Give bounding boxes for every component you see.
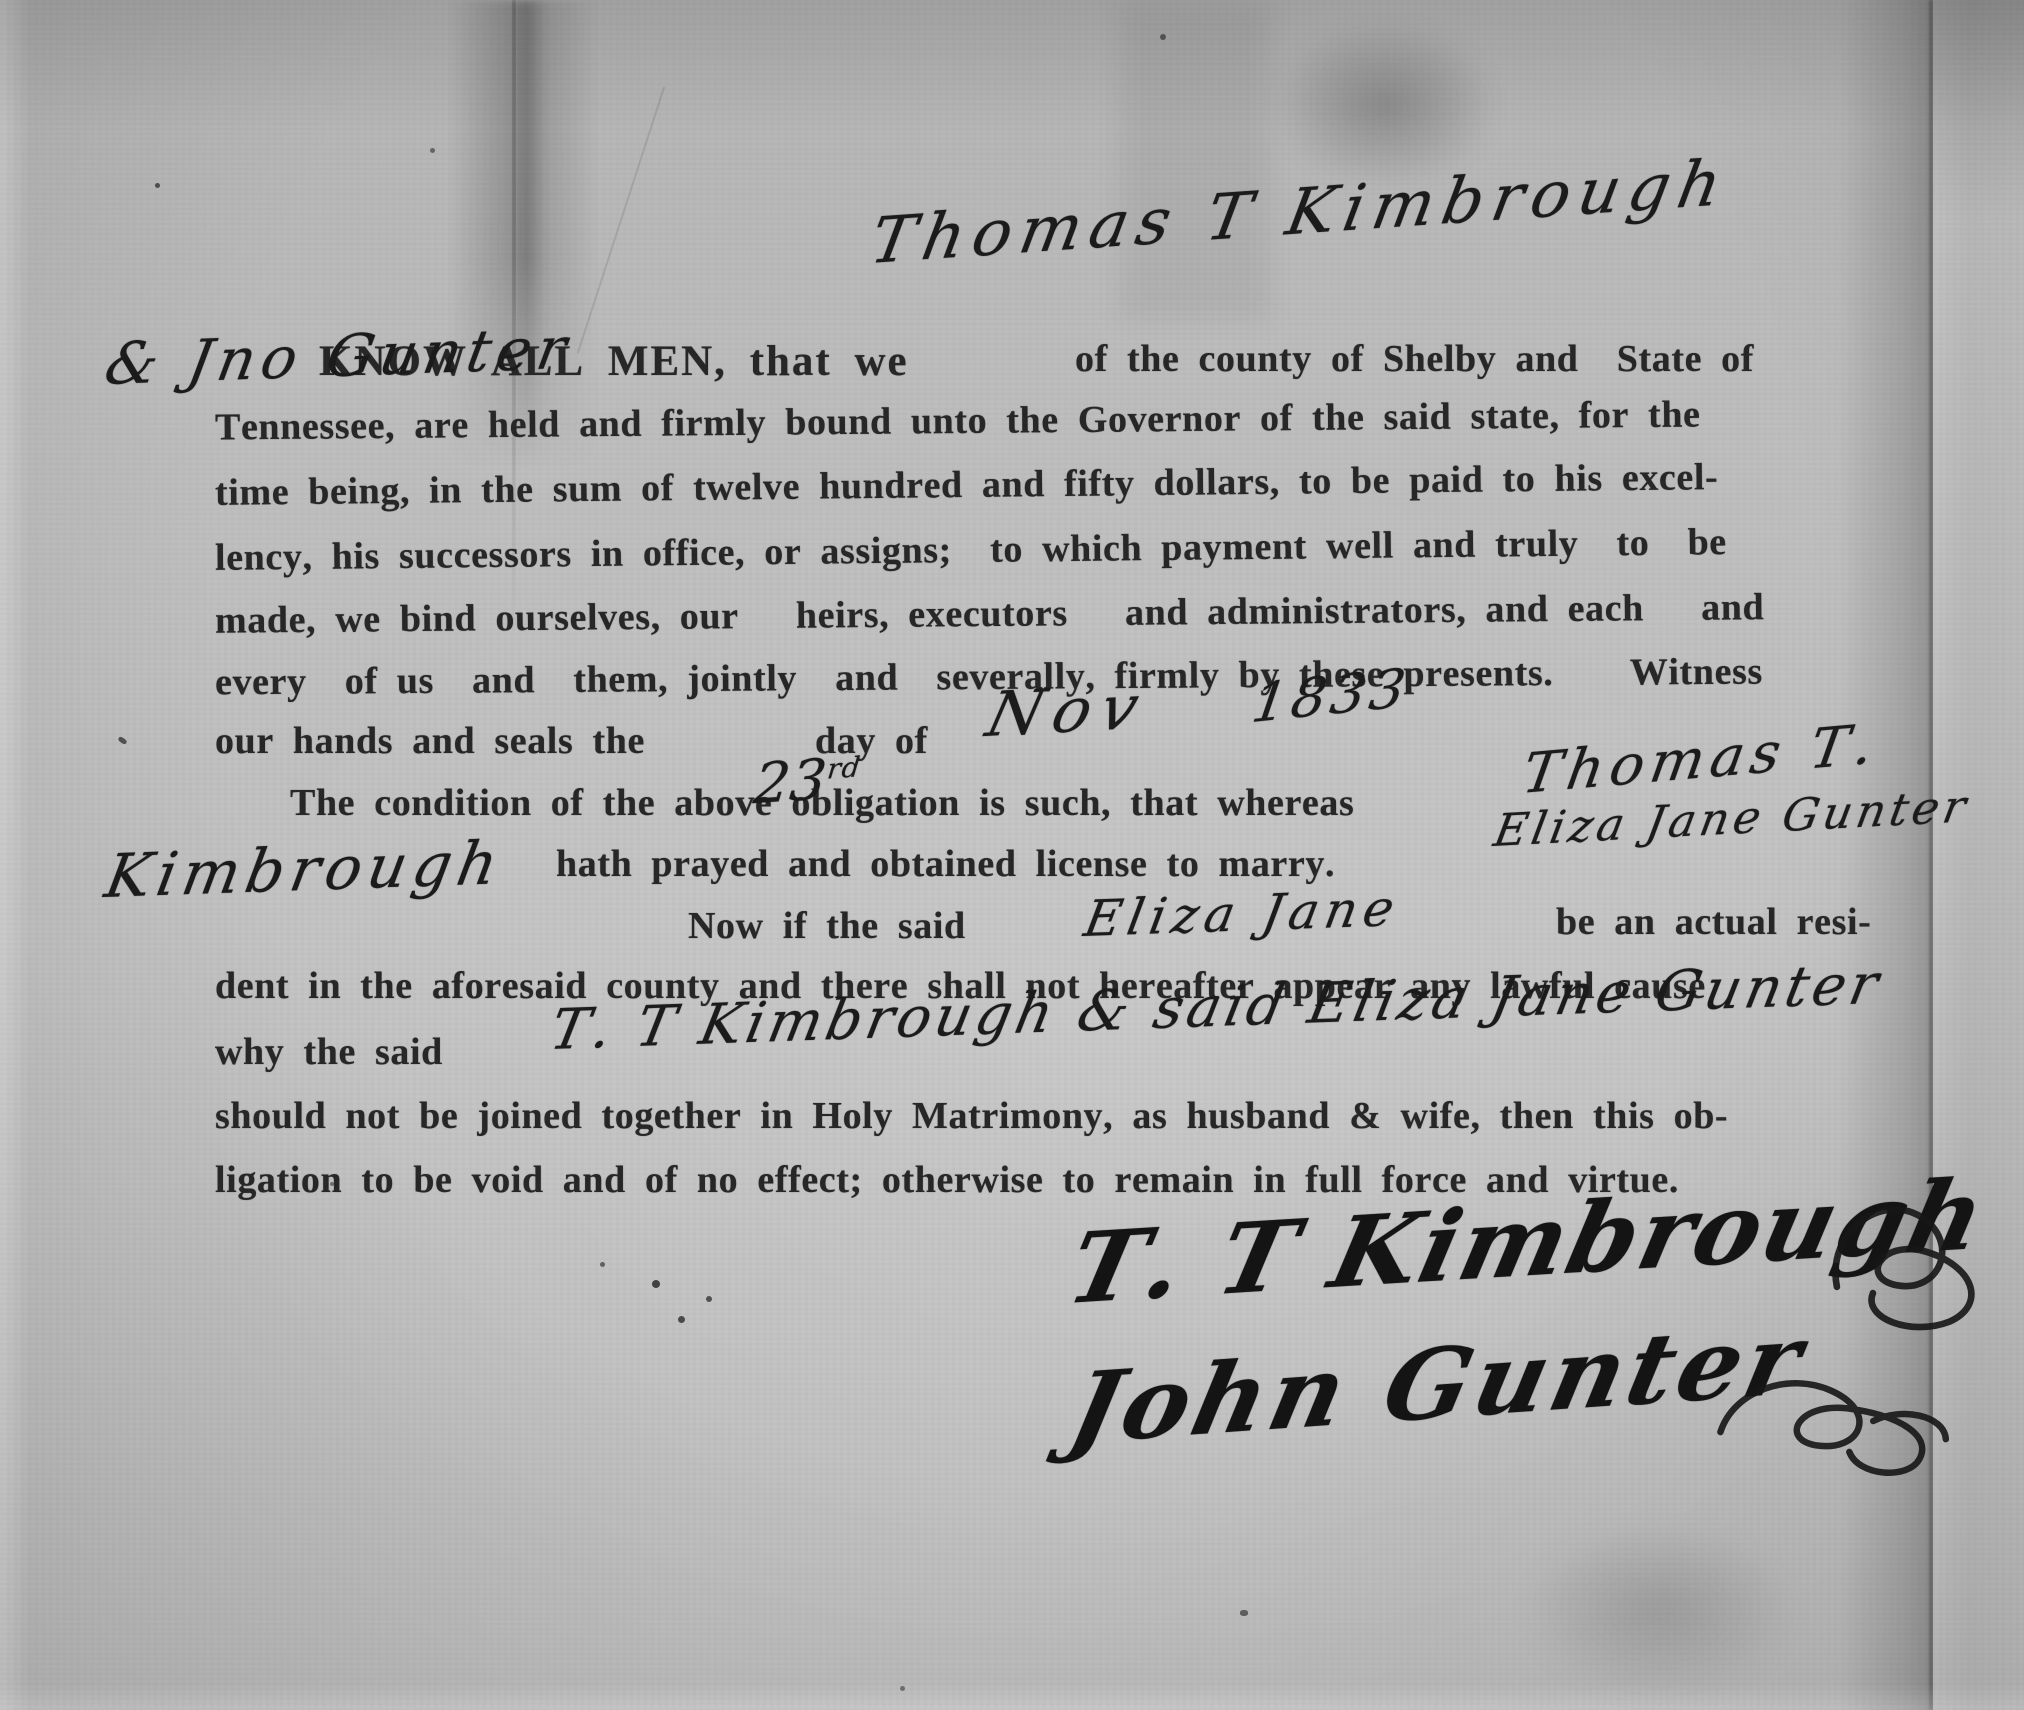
ink-spatter-dot (600, 1262, 605, 1267)
body-line-3: lency, his successors in office, or assi… (215, 520, 1727, 580)
handwritten-bride-short-name: Eliza Jane (1080, 879, 1405, 948)
actual-resident: be an actual resi- (1556, 900, 1871, 944)
handwritten-day: 23rd (672, 680, 870, 887)
upper-band-shade (1120, 0, 1270, 320)
matrimony-line: should not be joined together in Holy Ma… (215, 1094, 1728, 1138)
ink-speck (155, 183, 160, 188)
ink-speck (430, 148, 435, 153)
handwritten-principal-name: Thomas T Kimbrough (865, 146, 1735, 279)
day-suffix: rd (826, 750, 863, 785)
seal-flourish-principal (1802, 1179, 2022, 1360)
seal-flourish-cosigner (1695, 1329, 1966, 1507)
ink-spatter-dot (678, 1316, 685, 1323)
hands-seals-prefix: our hands and seals the (215, 719, 645, 763)
left-edge-highlight (0, 0, 30, 1710)
ink-speck (117, 736, 127, 745)
ink-speck (900, 1686, 905, 1691)
handwritten-whereas-surname: Kimbrough (100, 828, 509, 912)
heading-rest: that we (727, 338, 909, 385)
body-line-5: every of us and them, jointly and severa… (215, 650, 1763, 705)
ink-speck (1240, 1610, 1248, 1616)
body-line-4: made, we bind ourselves, our heirs, exec… (215, 585, 1765, 643)
bottom-right-smudge (1520, 1520, 1800, 1700)
ink-spatter-dot (706, 1296, 712, 1302)
document-scan: KNOW ALL MEN, that we of the county of S… (0, 0, 2024, 1710)
ink-speck (1160, 34, 1166, 40)
body-line-2: time being, in the sum of twelve hundred… (215, 455, 1719, 515)
bottom-edge-highlight (0, 1684, 2024, 1710)
day-number: 23 (751, 747, 830, 817)
county-state-line: of the county of Shelby and State of (1075, 337, 1754, 381)
ink-spatter-dot (652, 1280, 660, 1288)
handwritten-month: Nov (980, 670, 1156, 751)
now-if-the-said: Now if the said (688, 904, 966, 948)
why-the-said: why the said (215, 1030, 443, 1074)
